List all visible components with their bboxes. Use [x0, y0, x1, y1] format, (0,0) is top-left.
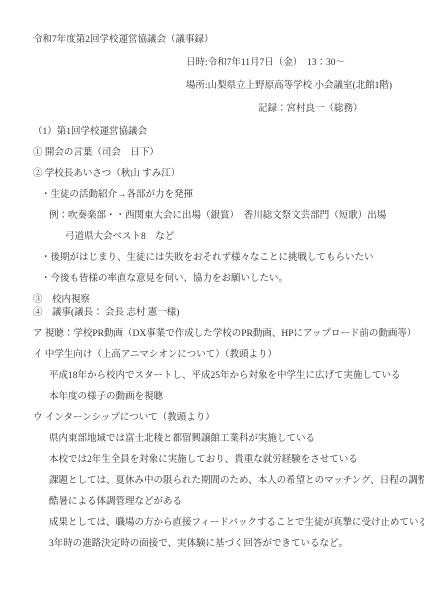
detail-line: 県内東部地域では富士北稜と都留興譲館工業科が実施している — [49, 433, 406, 446]
agenda-item-3: ③ 校内視察 — [33, 294, 406, 307]
example-line: 例：吹奏楽部・・西関東大会に出場（銀賞） 香川総文祭文芸部門（短歌）出場 — [49, 210, 406, 223]
detail-line: 3年時の進路決定時の面接で、実体験に基づく回答ができているなど。 — [49, 538, 406, 551]
meeting-recorder: 記録：宮村良一（総務） — [258, 103, 406, 116]
detail-line: 成果としては、職場の方から直接フィードバックすることで生徒が真摯に受け止めている… — [49, 517, 406, 530]
bullet-line: ・今後も皆様の率直な意見を伺い、協力をお願いしたい。 — [41, 273, 406, 286]
agenda-item-1: ① 開会の言葉（司会 日下） — [33, 147, 406, 160]
detail-line: 課題としては、夏休み中の限られた期間のため、本人の希望とのマッチング、日程の調整… — [49, 475, 406, 488]
document-title: 令和7年度第2回学校運営協議会（議事録） — [33, 34, 406, 47]
detail-line: 本校では2年生全員を対象に実施しており、貴重な就労経験をさせている — [49, 454, 406, 467]
section-heading: （1）第1回学校運営協議会 — [33, 126, 406, 139]
document-body: （1）第1回学校運営協議会 ① 開会の言葉（司会 日下） ② 学校長あいさつ（秋… — [33, 126, 406, 551]
topic-a-heading: ア 視聴：学校PR動画（DX事業で作成した学校のPR動画、HPにアップロード前の… — [33, 328, 406, 341]
topic-u-heading: ウ インターンシップについて（教頭より） — [33, 412, 406, 425]
detail-line: 平成18年から校内でスタートし、平成25年から対象を中学生に広げて実施している — [49, 370, 406, 383]
bullet-line: ・後期がはじまり、生徒には失敗をおそれず様々なことに挑戦してもらいたい — [41, 252, 406, 265]
document-page: 令和7年度第2回学校運営協議会（議事録） 日時:令和7年11月7日（金） 13：… — [0, 0, 424, 600]
meeting-place: 場所:山梨県立上野原高等学校 小会議室(北館1階) — [186, 80, 406, 93]
topic-i-heading: イ 中学生向け（上高アニマシオンについて）（教頭より） — [33, 349, 406, 362]
bullet-line: ・生徒の活動紹介→各部が力を発揮 — [41, 189, 406, 202]
example-line: 弓道県大会ベスト8 など — [65, 231, 406, 244]
detail-line: 酷暑による体調管理などがある — [49, 496, 406, 509]
meeting-datetime: 日時:令和7年11月7日（金） 13：30～ — [186, 57, 406, 70]
agenda-item-4: ④ 議事(議長： 会長 志村 憲一様) — [33, 307, 406, 320]
agenda-item-2: ② 学校長あいさつ（秋山 すみ江） — [33, 168, 406, 181]
detail-line: 本年度の様子の動画を視聴 — [49, 391, 406, 404]
